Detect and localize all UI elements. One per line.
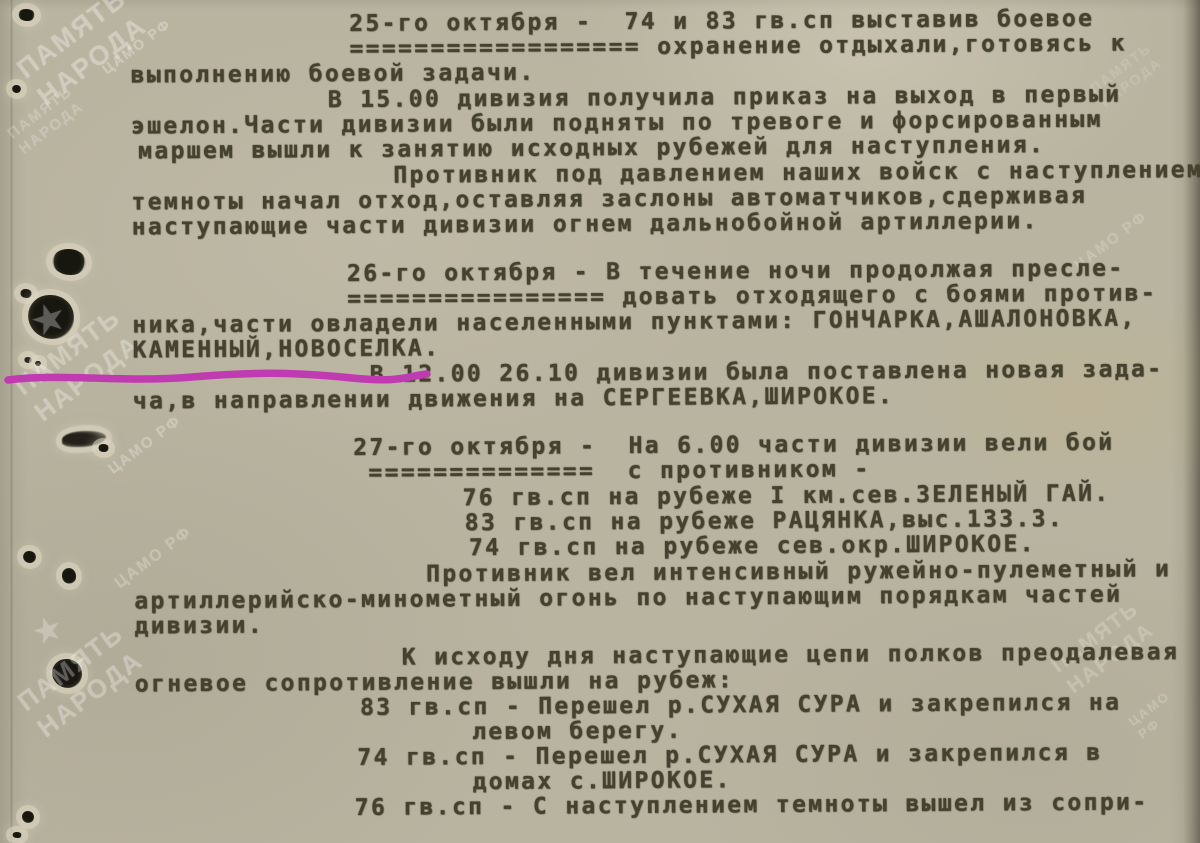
document-line: дивизии. (134, 614, 264, 639)
typewritten-text-layer: 25-го октября - 74 и 83 гв.сп выставив б… (0, 0, 1200, 843)
purple-underline-stroke (8, 373, 427, 380)
document-line: 74 гв.сп на рубеже сев.окр.ШИРОКОЕ. (469, 532, 1036, 560)
document-line: ============== с противником - (368, 457, 870, 485)
document-page: ПАМЯТЬ НАРОДАЦАМО РФПАМЯТЬ НАРОДА★ПАМЯТЬ… (0, 0, 1200, 843)
document-line: 74 гв.сп - Перешел р.СУХАЯ СУРА и закреп… (357, 741, 1102, 770)
document-line: 83 гв.сп - Перешел р.СУХАЯ СУРА и закреп… (360, 691, 1121, 720)
document-line: домах с.ШИРОКОЕ. (472, 768, 731, 794)
purple-underline-annotation (2, 369, 434, 389)
document-line: левом берегу. (472, 719, 683, 744)
document-line: артиллерийско-минометный огонь по наступ… (134, 583, 1122, 614)
document-line: выполнению боевой задачи. (131, 61, 536, 88)
document-line: К исходу дня наступающие цепи полков пре… (402, 640, 1180, 669)
document-line: ================== охранение отдыхали,го… (349, 32, 1127, 61)
document-line: 76 гв.сп - С наступлением темноты вышел … (355, 790, 1149, 820)
document-line: ника,части овладели населенными пунктами… (132, 306, 1136, 337)
document-line: КАМЕННЫЙ,НОВОСЕЛКА. (132, 336, 440, 362)
document-line: наступающие части дивизии огнем дальнобо… (132, 209, 1039, 239)
document-line: 27-го октября - На 6.00 части дивизии ве… (353, 431, 1114, 460)
document-line: В 12.00 26.10 дивизии была поставлена но… (370, 357, 1164, 387)
